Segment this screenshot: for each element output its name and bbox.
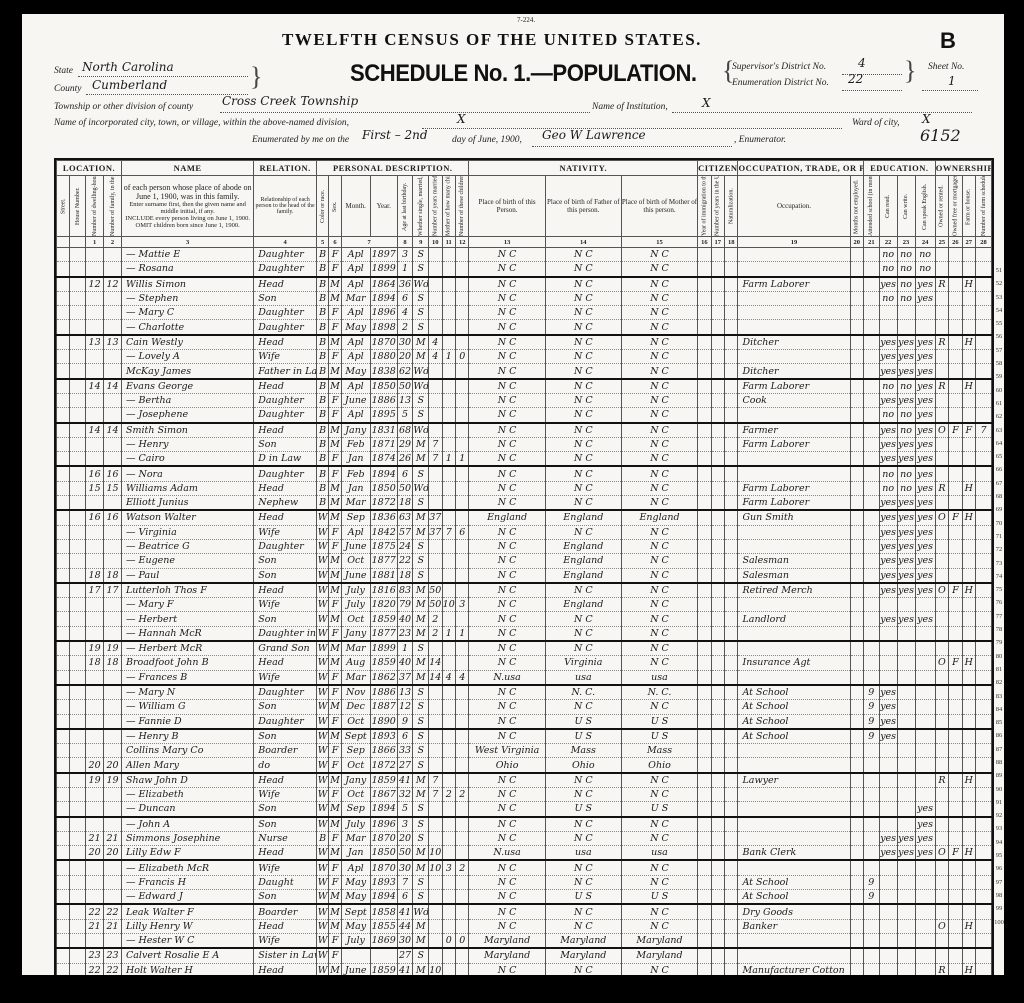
birth-month: Feb <box>341 466 370 481</box>
can-read <box>879 306 897 320</box>
mother-of-children <box>442 714 455 729</box>
person-name: — Bertha <box>122 393 254 407</box>
can-write: yes <box>897 612 915 626</box>
family-number <box>104 539 122 553</box>
birthplace-person: N C <box>469 919 545 933</box>
immigration-year <box>698 423 711 438</box>
years-in-us <box>711 568 724 583</box>
column-number: 13 <box>469 237 545 248</box>
marital-status: M <box>413 525 429 539</box>
color-race: B <box>317 466 329 481</box>
attended-school <box>863 773 879 788</box>
farm-house <box>962 890 975 905</box>
can-read <box>879 904 897 919</box>
children-living <box>455 817 469 832</box>
sex: F <box>329 875 341 889</box>
birth-year: 1899 <box>370 262 397 277</box>
years-married <box>429 277 442 292</box>
birth-year: 1880 <box>370 350 397 364</box>
mother-of-children <box>442 248 455 262</box>
marital-status: M <box>413 919 429 933</box>
marital-status: S <box>413 758 429 773</box>
farm-house: H <box>962 510 975 525</box>
years-in-us <box>711 758 724 773</box>
free-mortgaged <box>949 612 962 626</box>
months-unemployed <box>850 320 863 335</box>
column-number: 20 <box>850 237 863 248</box>
months-unemployed <box>850 714 863 729</box>
owned-rented <box>935 306 948 320</box>
table-row: — John ASonWMJuly18963SN CN CN Cyes <box>57 817 992 832</box>
col-naturalization: Naturalization. <box>725 176 738 237</box>
birth-year: 1866 <box>370 744 397 758</box>
mother-of-children <box>442 437 455 451</box>
birth-month: July <box>341 817 370 832</box>
owned-rented <box>935 568 948 583</box>
farm-house: H <box>962 583 975 598</box>
immigration-year <box>698 510 711 525</box>
sex: M <box>329 568 341 583</box>
house-cell <box>70 670 86 685</box>
can-speak-english: yes <box>915 350 935 364</box>
can-speak-english <box>915 890 935 905</box>
can-write: yes <box>897 831 915 845</box>
family-number <box>104 598 122 612</box>
years-married <box>429 890 442 905</box>
attended-school <box>863 919 879 933</box>
birth-month: May <box>341 320 370 335</box>
street-cell <box>57 919 70 933</box>
relation: Head <box>254 335 317 350</box>
free-mortgaged <box>949 554 962 568</box>
relation: Boarder <box>254 904 317 919</box>
sex: F <box>329 306 341 320</box>
children-living: 2 <box>455 787 469 801</box>
house-cell <box>70 817 86 832</box>
color-race: W <box>317 758 329 773</box>
table-row: — ElizabethWifeWFOct186732M722N CN CN C <box>57 787 992 801</box>
col-years-in-us: Number of years in the United States. <box>711 176 724 237</box>
supervisor-value: 4 <box>858 56 866 70</box>
can-speak-english: yes <box>915 393 935 407</box>
person-name: Leak Walter F <box>122 904 254 919</box>
sex: M <box>329 583 341 598</box>
free-mortgaged <box>949 875 962 889</box>
free-mortgaged <box>949 539 962 553</box>
birth-year: 1831 <box>370 423 397 438</box>
years-in-us <box>711 612 724 626</box>
marital-status: M <box>413 933 429 948</box>
birth-year: 1887 <box>370 700 397 714</box>
can-speak-english: yes <box>915 539 935 553</box>
immigration-year <box>698 568 711 583</box>
years-in-us <box>711 277 724 292</box>
owned-rented <box>935 320 948 335</box>
house-cell <box>70 583 86 598</box>
family-number <box>104 408 122 423</box>
section-education: EDUCATION. <box>863 161 935 176</box>
house-cell <box>70 379 86 394</box>
table-row: 1313Cain WestlyHeadBMApl187030M4N CN CN … <box>57 335 992 350</box>
years-married <box>429 393 442 407</box>
dwelling-number <box>86 452 104 467</box>
family-number <box>104 350 122 364</box>
relation: do <box>254 758 317 773</box>
farm-house: F <box>962 423 975 438</box>
street-cell <box>57 350 70 364</box>
street-cell <box>57 393 70 407</box>
dwelling-number <box>86 612 104 626</box>
years-married <box>429 423 442 438</box>
family-number <box>104 714 122 729</box>
years-married <box>429 817 442 832</box>
immigration-year <box>698 350 711 364</box>
age: 41 <box>397 904 413 919</box>
birthplace-father: England <box>545 598 621 612</box>
birthplace-mother: N C <box>621 320 697 335</box>
county-value: Cumberland <box>92 78 167 92</box>
table-row: — CharlotteDaughterBFMay18982SN CN CN C <box>57 320 992 335</box>
owned-rented <box>935 496 948 511</box>
years-married <box>429 466 442 481</box>
occupation: Lawyer <box>738 773 850 788</box>
months-unemployed <box>850 626 863 641</box>
can-write: yes <box>897 583 915 598</box>
attended-school <box>863 277 879 292</box>
can-write <box>897 890 915 905</box>
marital-status: Wd <box>413 481 429 495</box>
table-row: 1414Smith SimonHeadBMJany183168WdN CN CN… <box>57 423 992 438</box>
stamp-number: 6152 <box>920 126 961 145</box>
birth-month: Sep <box>341 744 370 758</box>
dwelling-number: 18 <box>86 568 104 583</box>
street-cell <box>57 656 70 670</box>
col-mother-of: Mother of how many children. <box>442 176 455 237</box>
owned-rented <box>935 554 948 568</box>
children-living <box>455 306 469 320</box>
months-unemployed <box>850 933 863 948</box>
free-mortgaged: F <box>949 423 962 438</box>
birthplace-father: N C <box>545 262 621 277</box>
table-row: — Mattie EDaughterBFApl18973SN CN CN Cno… <box>57 248 992 262</box>
table-row: — Elizabeth McRWifeWFApl187030M1032N CN … <box>57 860 992 875</box>
years-in-us <box>711 408 724 423</box>
sex: F <box>329 452 341 467</box>
free-mortgaged: F <box>949 656 962 670</box>
age: 24 <box>397 539 413 553</box>
birthplace-father: N C <box>545 364 621 379</box>
owned-rented <box>935 612 948 626</box>
birthplace-father: N C <box>545 393 621 407</box>
owned-rented <box>935 948 948 963</box>
free-mortgaged <box>949 933 962 948</box>
street-cell <box>57 437 70 451</box>
street-cell <box>57 700 70 714</box>
house-cell <box>70 393 86 407</box>
naturalization <box>725 846 738 861</box>
birth-year: 1881 <box>370 568 397 583</box>
occupation: Farm Laborer <box>738 481 850 495</box>
owned-rented <box>935 539 948 553</box>
column-number: 15 <box>621 237 697 248</box>
years-married <box>429 248 442 262</box>
relation: Head <box>254 846 317 861</box>
years-in-us <box>711 364 724 379</box>
scan-border <box>0 975 1024 1003</box>
children-living <box>455 466 469 481</box>
months-unemployed <box>850 802 863 817</box>
dwelling-number <box>86 670 104 685</box>
birth-month: Mar <box>341 291 370 305</box>
months-unemployed <box>850 481 863 495</box>
table-row: 2121Simmons JosephineNurseBFMar187020SN … <box>57 831 992 845</box>
birth-month: Jany <box>341 626 370 641</box>
occupation <box>738 320 850 335</box>
table-body: — Mattie EDaughterBFApl18973SN CN CN Cno… <box>57 248 992 978</box>
color-race: W <box>317 670 329 685</box>
months-unemployed <box>850 350 863 364</box>
can-read: yes <box>879 277 897 292</box>
birth-month: Jan <box>341 481 370 495</box>
immigration-year <box>698 948 711 963</box>
house-cell <box>70 277 86 292</box>
birthplace-person: N C <box>469 904 545 919</box>
occupation <box>738 598 850 612</box>
can-write <box>897 744 915 758</box>
family-number <box>104 496 122 511</box>
street-cell <box>57 787 70 801</box>
birthplace-mother: U S <box>621 729 697 744</box>
years-married <box>429 364 442 379</box>
color-race: W <box>317 554 329 568</box>
free-mortgaged <box>949 670 962 685</box>
children-living <box>455 802 469 817</box>
table-row: 1414Evans GeorgeHeadBMApl185050WdN CN CN… <box>57 379 992 394</box>
years-in-us <box>711 831 724 845</box>
farm-house <box>962 568 975 583</box>
sex: M <box>329 656 341 670</box>
person-name: — Hester W C <box>122 933 254 948</box>
relation: Nurse <box>254 831 317 845</box>
line-number: 79 <box>990 636 1008 649</box>
naturalization <box>725 364 738 379</box>
children-living <box>455 890 469 905</box>
ed-label: Enumeration District No. <box>732 78 829 88</box>
street-cell <box>57 670 70 685</box>
can-speak-english: yes <box>915 481 935 495</box>
mother-of-children <box>442 948 455 963</box>
column-number: 2 <box>104 237 122 248</box>
attended-school <box>863 437 879 451</box>
free-mortgaged <box>949 568 962 583</box>
line-number: 73 <box>990 557 1008 570</box>
birth-year: 1894 <box>370 466 397 481</box>
birthplace-father: N C <box>545 626 621 641</box>
months-unemployed <box>850 466 863 481</box>
farm-house <box>962 817 975 832</box>
dwelling-number: 19 <box>86 641 104 656</box>
attended-school <box>863 379 879 394</box>
birth-year: 1842 <box>370 525 397 539</box>
house-cell <box>70 306 86 320</box>
person-name: Lilly Edw F <box>122 846 254 861</box>
census-sheet: 7-224. TWELFTH CENSUS OF THE UNITED STAT… <box>22 14 1004 1003</box>
birth-year: 1894 <box>370 291 397 305</box>
years-married <box>429 831 442 845</box>
mother-of-children <box>442 393 455 407</box>
birth-year: 1894 <box>370 890 397 905</box>
person-name: Broadfoot John B <box>122 656 254 670</box>
birthplace-person: N C <box>469 554 545 568</box>
birth-month: Mar <box>341 496 370 511</box>
line-number: 98 <box>990 889 1008 902</box>
sex: M <box>329 802 341 817</box>
farm-house <box>962 262 975 277</box>
years-in-us <box>711 481 724 495</box>
attended-school <box>863 744 879 758</box>
can-read <box>879 890 897 905</box>
immigration-year <box>698 364 711 379</box>
years-in-us <box>711 393 724 407</box>
birth-month: Dec <box>341 700 370 714</box>
months-unemployed <box>850 335 863 350</box>
farm-house <box>962 408 975 423</box>
dwelling-number <box>86 933 104 948</box>
col-color: Color or race. <box>317 176 329 237</box>
years-in-us <box>711 860 724 875</box>
naturalization <box>725 496 738 511</box>
naturalization <box>725 656 738 670</box>
family-number: 12 <box>104 277 122 292</box>
house-cell <box>70 714 86 729</box>
house-cell <box>70 496 86 511</box>
house-cell <box>70 598 86 612</box>
family-number <box>104 554 122 568</box>
dwelling-number: 13 <box>86 335 104 350</box>
attended-school <box>863 787 879 801</box>
years-in-us <box>711 875 724 889</box>
can-write: yes <box>897 510 915 525</box>
birth-year: 1859 <box>370 656 397 670</box>
years-in-us <box>711 496 724 511</box>
can-write: yes <box>897 525 915 539</box>
person-name: — Eugene <box>122 554 254 568</box>
dwelling-number <box>86 262 104 277</box>
months-unemployed <box>850 291 863 305</box>
birth-month: Oct <box>341 554 370 568</box>
occupation: Salesman <box>738 554 850 568</box>
birth-month: Apl <box>341 277 370 292</box>
naturalization <box>725 466 738 481</box>
relation: Wife <box>254 670 317 685</box>
attended-school <box>863 933 879 948</box>
street-cell <box>57 817 70 832</box>
person-name: — Beatrice G <box>122 539 254 553</box>
years-in-us <box>711 262 724 277</box>
house-cell <box>70 758 86 773</box>
color-race: W <box>317 773 329 788</box>
birth-month: June <box>341 393 370 407</box>
immigration-year <box>698 860 711 875</box>
can-speak-english: yes <box>915 364 935 379</box>
free-mortgaged <box>949 831 962 845</box>
age: 79 <box>397 598 413 612</box>
birth-month: June <box>341 568 370 583</box>
farm-schedule <box>976 948 992 963</box>
years-married: 7 <box>429 787 442 801</box>
birthplace-father: N C <box>545 612 621 626</box>
free-mortgaged: F <box>949 583 962 598</box>
section-name: NAME <box>122 161 254 176</box>
birth-month: Oct <box>341 714 370 729</box>
years-in-us <box>711 904 724 919</box>
months-unemployed <box>850 773 863 788</box>
marital-status: M <box>413 670 429 685</box>
occupation <box>738 262 850 277</box>
can-speak-english: yes <box>915 510 935 525</box>
can-write <box>897 860 915 875</box>
dwelling-number <box>86 700 104 714</box>
attended-school <box>863 656 879 670</box>
immigration-year <box>698 787 711 801</box>
column-number: 1 <box>86 237 104 248</box>
relation: Daughter <box>254 539 317 553</box>
col-farm-house: Farm or house. <box>962 176 975 237</box>
birthplace-mother: England <box>621 510 697 525</box>
mother-of-children <box>442 758 455 773</box>
can-write <box>897 933 915 948</box>
occupation <box>738 306 850 320</box>
house-cell <box>70 510 86 525</box>
free-mortgaged <box>949 393 962 407</box>
can-read <box>879 641 897 656</box>
relation: Daught <box>254 875 317 889</box>
months-unemployed <box>850 525 863 539</box>
street-cell <box>57 904 70 919</box>
can-write: no <box>897 481 915 495</box>
section-relation: RELATION. <box>254 161 317 176</box>
mother-of-children <box>442 685 455 700</box>
color-race: W <box>317 612 329 626</box>
can-speak-english <box>915 656 935 670</box>
family-number <box>104 817 122 832</box>
marital-status: M <box>413 350 429 364</box>
farm-house <box>962 670 975 685</box>
farm-house: H <box>962 846 975 861</box>
owned-rented <box>935 262 948 277</box>
farm-house: H <box>962 379 975 394</box>
birthplace-father: N C <box>545 860 621 875</box>
children-living <box>455 437 469 451</box>
relation: Son <box>254 890 317 905</box>
marital-status: S <box>413 802 429 817</box>
occupation <box>738 948 850 963</box>
attended-school <box>863 481 879 495</box>
family-number: 18 <box>104 656 122 670</box>
naturalization <box>725 890 738 905</box>
birthplace-father: N C <box>545 423 621 438</box>
col-house-number: House Number. <box>70 176 86 237</box>
relation: Son <box>254 554 317 568</box>
line-number: 89 <box>990 769 1008 782</box>
can-read: yes <box>879 437 897 451</box>
birthplace-father: N C <box>545 525 621 539</box>
birthplace-mother: usa <box>621 670 697 685</box>
can-write: yes <box>897 568 915 583</box>
attended-school: 9 <box>863 875 879 889</box>
house-cell <box>70 685 86 700</box>
family-number: 22 <box>104 904 122 919</box>
